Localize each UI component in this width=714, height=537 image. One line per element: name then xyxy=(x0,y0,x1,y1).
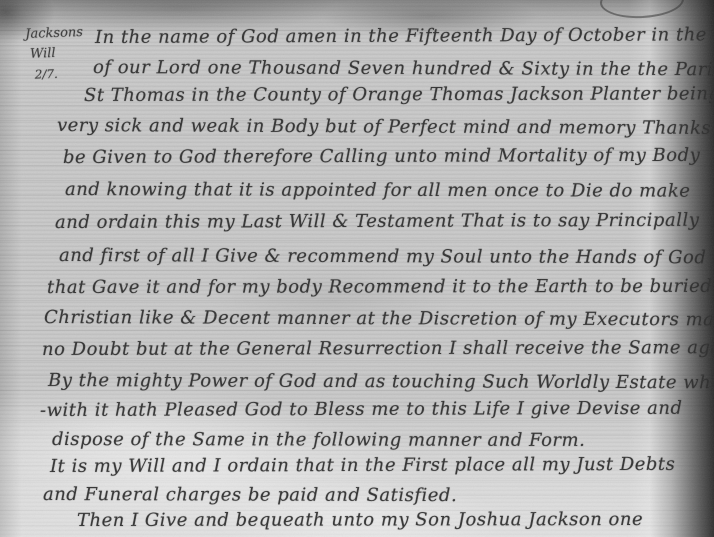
manuscript-line: It is my Will and I ordain that in the F… xyxy=(50,453,675,479)
manuscript-line: St Thomas in the County of Orange Thomas… xyxy=(84,82,714,108)
margin-annotation-will: Will xyxy=(30,43,84,65)
manuscript-scan: Jacksons Will 2/7. In the name of God am… xyxy=(0,0,714,537)
manuscript-line: that Gave it and for my body Recommend i… xyxy=(47,275,714,300)
manuscript-line: Christian like & Decent manner at the Di… xyxy=(44,306,714,332)
manuscript-line: very sick and weak in Body but of Perfec… xyxy=(57,114,711,141)
margin-annotation-name: Jacksons xyxy=(25,23,83,45)
manuscript-line: and ordain this my Last Will & Testament… xyxy=(55,209,699,235)
manuscript-line: and first of all I Give & recommend my S… xyxy=(59,244,706,270)
manuscript-line: and knowing that it is appointed for all… xyxy=(65,178,691,204)
manuscript-line: of our Lord one Thousand Seven hundred &… xyxy=(93,56,714,82)
manuscript-line: Then I Give and bequeath unto my Son Jos… xyxy=(77,508,643,533)
manuscript-line: In the name of God amen in the Fifteenth… xyxy=(95,23,714,50)
page-stamp-oval xyxy=(599,0,685,20)
manuscript-line: be Given to God therefore Calling unto m… xyxy=(63,144,700,170)
manuscript-line: By the mighty Power of God and as touchi… xyxy=(48,369,714,395)
manuscript-line: and Funeral charges be paid and Satisfie… xyxy=(43,483,457,508)
margin-annotation-fee-mark: 2/7. xyxy=(34,63,84,85)
manuscript-line: -with it hath Pleased God to Bless me to… xyxy=(40,397,683,423)
margin-annotation: Jacksons Will 2/7. xyxy=(21,23,85,85)
manuscript-line: dispose of the Same in the following man… xyxy=(52,428,585,453)
manuscript-line: no Doubt but at the General Resurrection… xyxy=(42,336,714,362)
